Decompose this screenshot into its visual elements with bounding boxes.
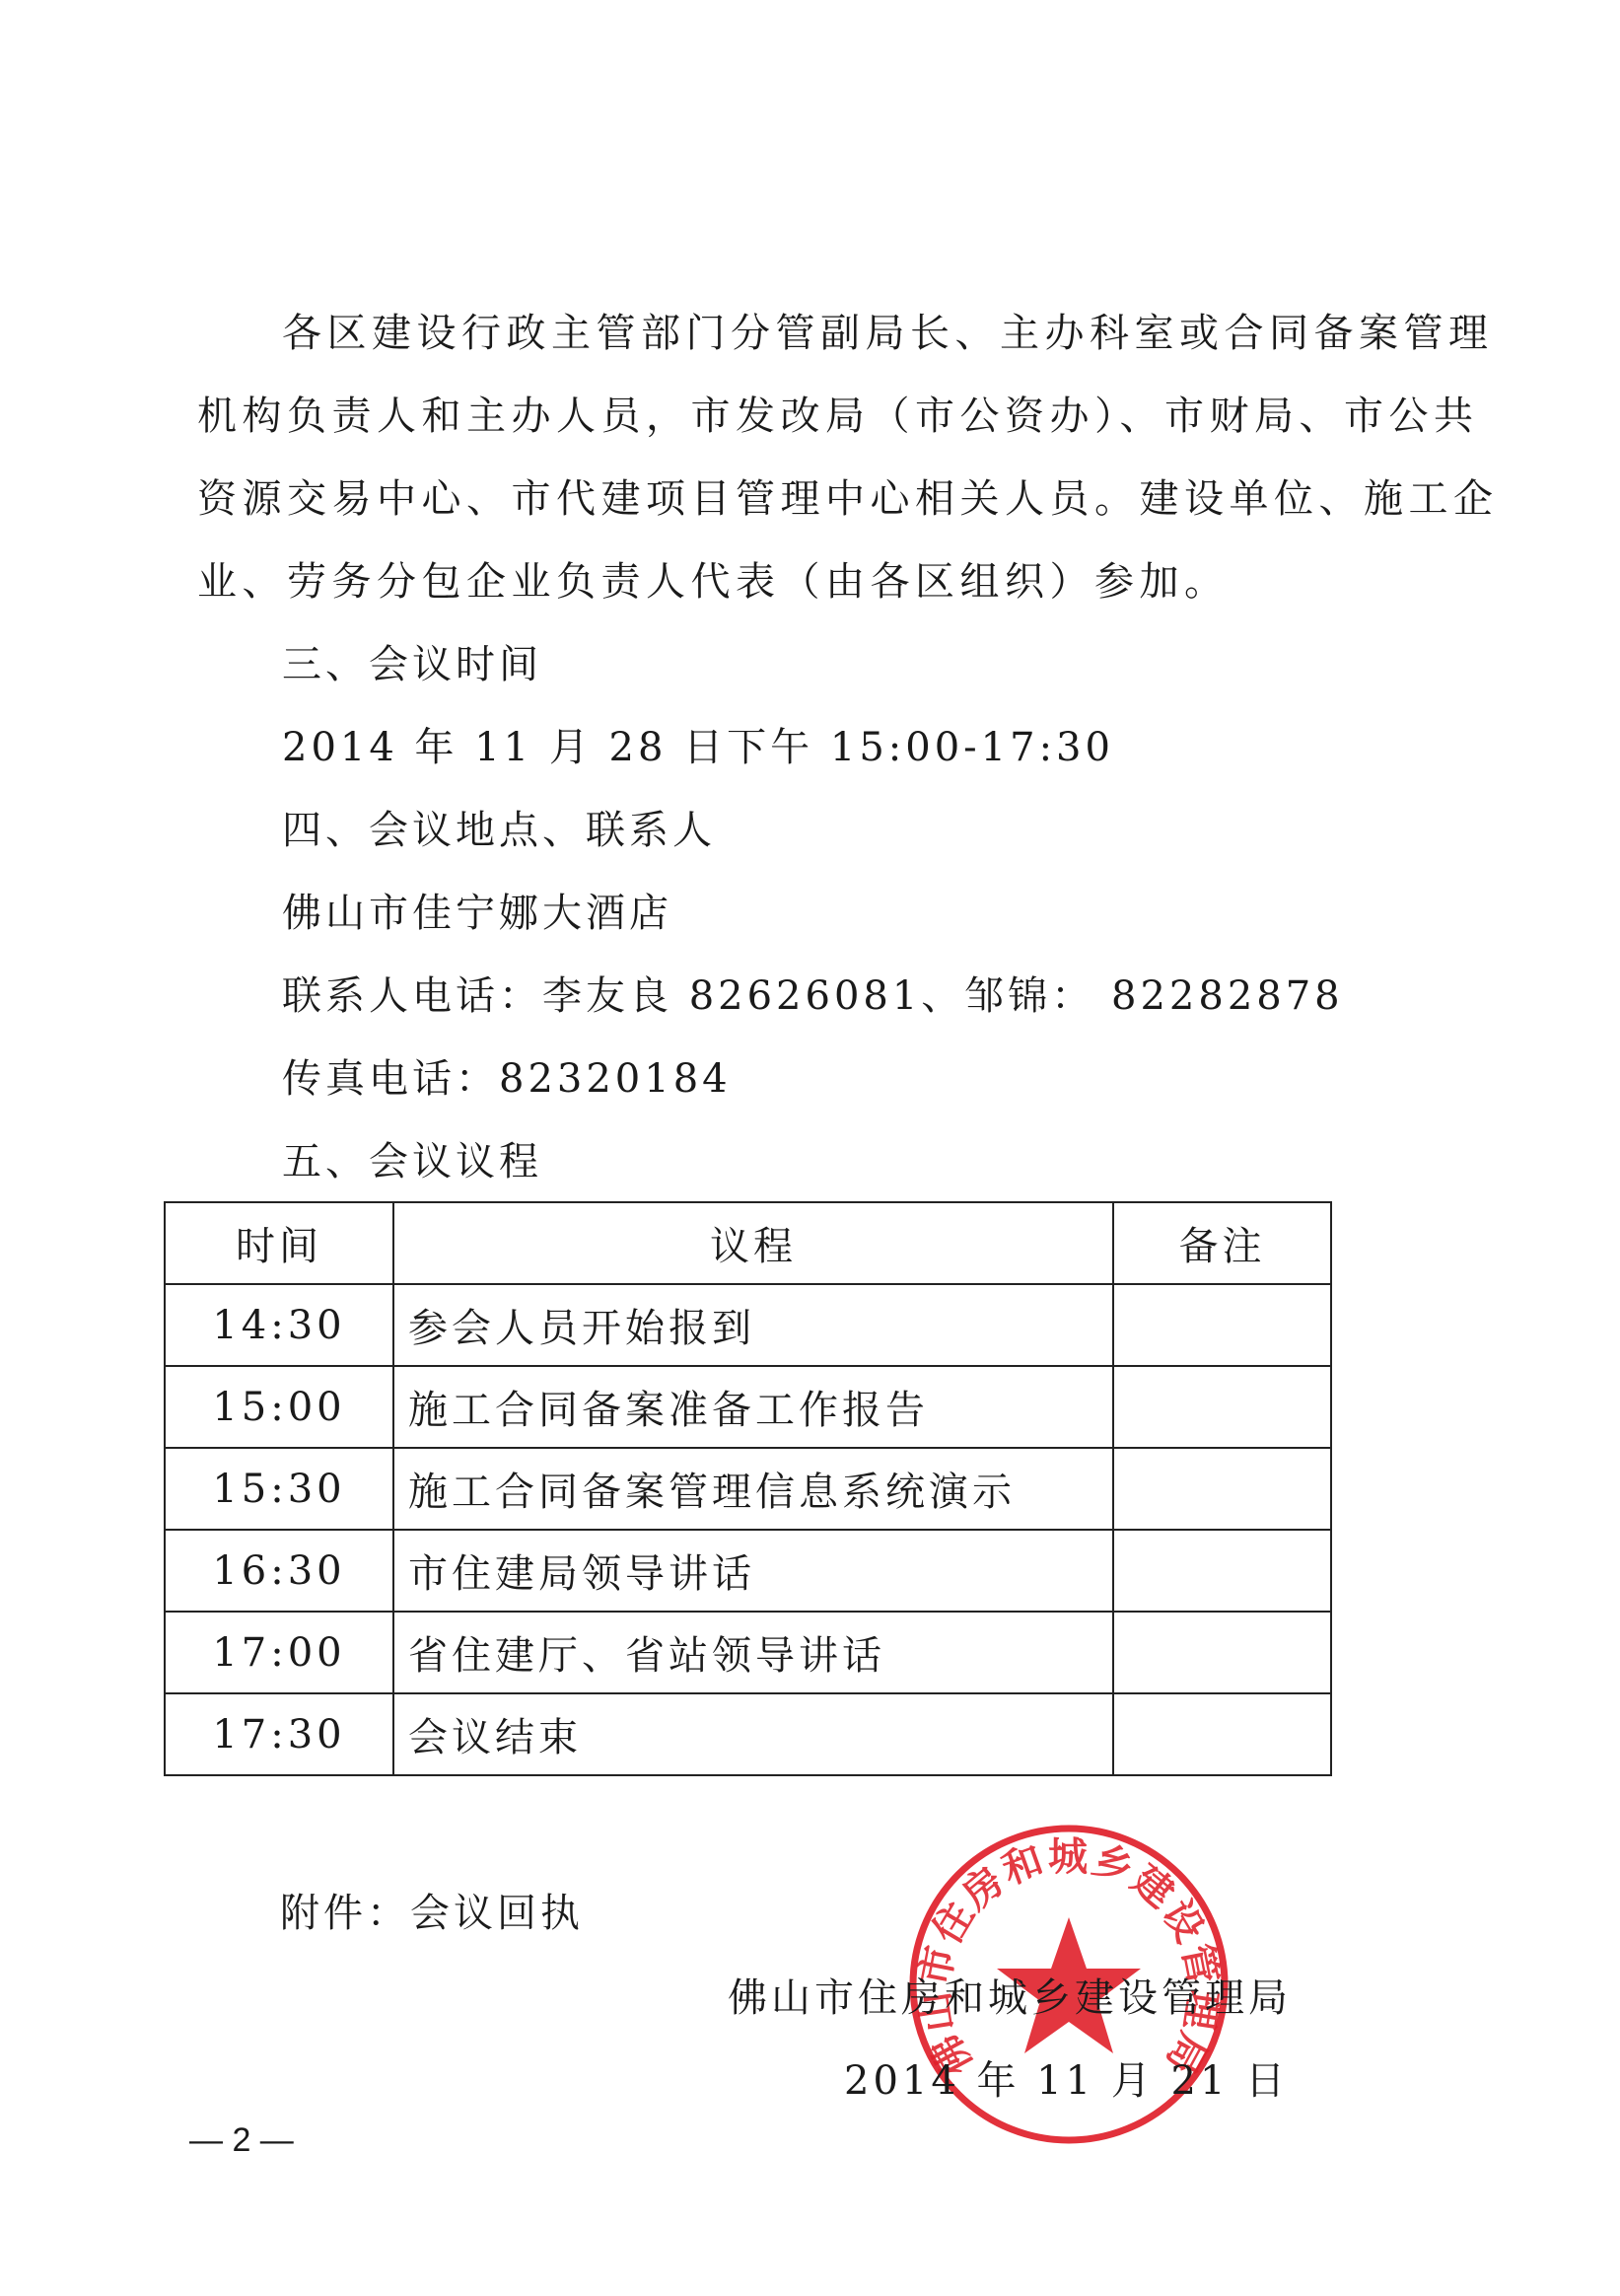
- table-header-row: 时间 议程 备注: [165, 1202, 1331, 1284]
- cell-time: 17:00: [165, 1612, 393, 1693]
- paragraph-line: 业、劳务分包企业负责人代表（由各区组织）参加。: [197, 558, 1430, 641]
- table-row: 15:30 施工合同备案管理信息系统演示: [165, 1448, 1331, 1530]
- cell-item: 施工合同备案管理信息系统演示: [393, 1448, 1113, 1530]
- cell-time: 15:30: [165, 1448, 393, 1530]
- column-header-time: 时间: [165, 1202, 393, 1284]
- cell-note: [1113, 1284, 1331, 1366]
- section-heading-location: 四、会议地点、联系人: [282, 807, 1514, 854]
- seal-text: 佛山市住房和城乡建设管理局: [912, 1834, 1227, 2083]
- paragraph-line: 机构负责人和主办人员，市发改局（市公资办）、市财局、市公共: [197, 393, 1430, 475]
- cell-time: 16:30: [165, 1530, 393, 1612]
- cell-time: 15:00: [165, 1366, 393, 1448]
- cell-item: 市住建局领导讲话: [393, 1530, 1113, 1612]
- table-row: 15:00 施工合同备案准备工作报告: [165, 1366, 1331, 1448]
- cell-item: 参会人员开始报到: [393, 1284, 1113, 1366]
- attachment-note: 附件：会议回执: [280, 1890, 1513, 1937]
- column-header-item: 议程: [393, 1202, 1113, 1284]
- meeting-time: 2014 年 11 月 28 日下午 15:00-17:30: [282, 724, 1514, 771]
- signing-date: 2014 年 11 月 21 日: [844, 2057, 1289, 2105]
- cell-time: 17:30: [165, 1693, 393, 1775]
- cell-note: [1113, 1612, 1331, 1693]
- table-row: 17:30 会议结束: [165, 1693, 1331, 1775]
- column-header-note: 备注: [1113, 1202, 1331, 1284]
- table-row: 17:00 省住建厅、省站领导讲话: [165, 1612, 1331, 1693]
- signing-organization: 佛山市住房和城乡建设管理局: [728, 1974, 1292, 2022]
- cell-item: 施工合同备案准备工作报告: [393, 1366, 1113, 1448]
- section-heading-agenda: 五、会议议程: [282, 1138, 1514, 1185]
- paragraph-line: 各区建设行政主管部门分管副局长、主办科室或合同备案管理: [197, 310, 1430, 393]
- page-number: — 2 —: [189, 2120, 294, 2160]
- meeting-location: 佛山市佳宁娜大酒店: [282, 890, 1514, 937]
- section-heading-time: 三、会议时间: [282, 641, 1514, 688]
- contact-phones: 联系人电话：李友良 82626081、邹锦： 82282878: [282, 972, 1514, 1020]
- cell-note: [1113, 1448, 1331, 1530]
- attendees-paragraph: 各区建设行政主管部门分管副局长、主办科室或合同备案管理 机构负责人和主办人员，市…: [197, 310, 1430, 641]
- agenda-table: 时间 议程 备注 14:30 参会人员开始报到 15:00 施工合同备案准备工作…: [164, 1201, 1332, 1776]
- cell-time: 14:30: [165, 1284, 393, 1366]
- paragraph-line: 资源交易中心、市代建项目管理中心相关人员。建设单位、施工企: [197, 475, 1430, 558]
- cell-note: [1113, 1366, 1331, 1448]
- table-row: 16:30 市住建局领导讲话: [165, 1530, 1331, 1612]
- document-page: 各区建设行政主管部门分管副局长、主办科室或合同备案管理 机构负责人和主办人员，市…: [0, 0, 1620, 2296]
- cell-note: [1113, 1530, 1331, 1612]
- fax-number: 传真电话：82320184: [282, 1055, 1514, 1103]
- table-row: 14:30 参会人员开始报到: [165, 1284, 1331, 1366]
- svg-text:佛山市住房和城乡建设管理局: 佛山市住房和城乡建设管理局: [912, 1834, 1227, 2083]
- cell-item: 省住建厅、省站领导讲话: [393, 1612, 1113, 1693]
- cell-item: 会议结束: [393, 1693, 1113, 1775]
- cell-note: [1113, 1693, 1331, 1775]
